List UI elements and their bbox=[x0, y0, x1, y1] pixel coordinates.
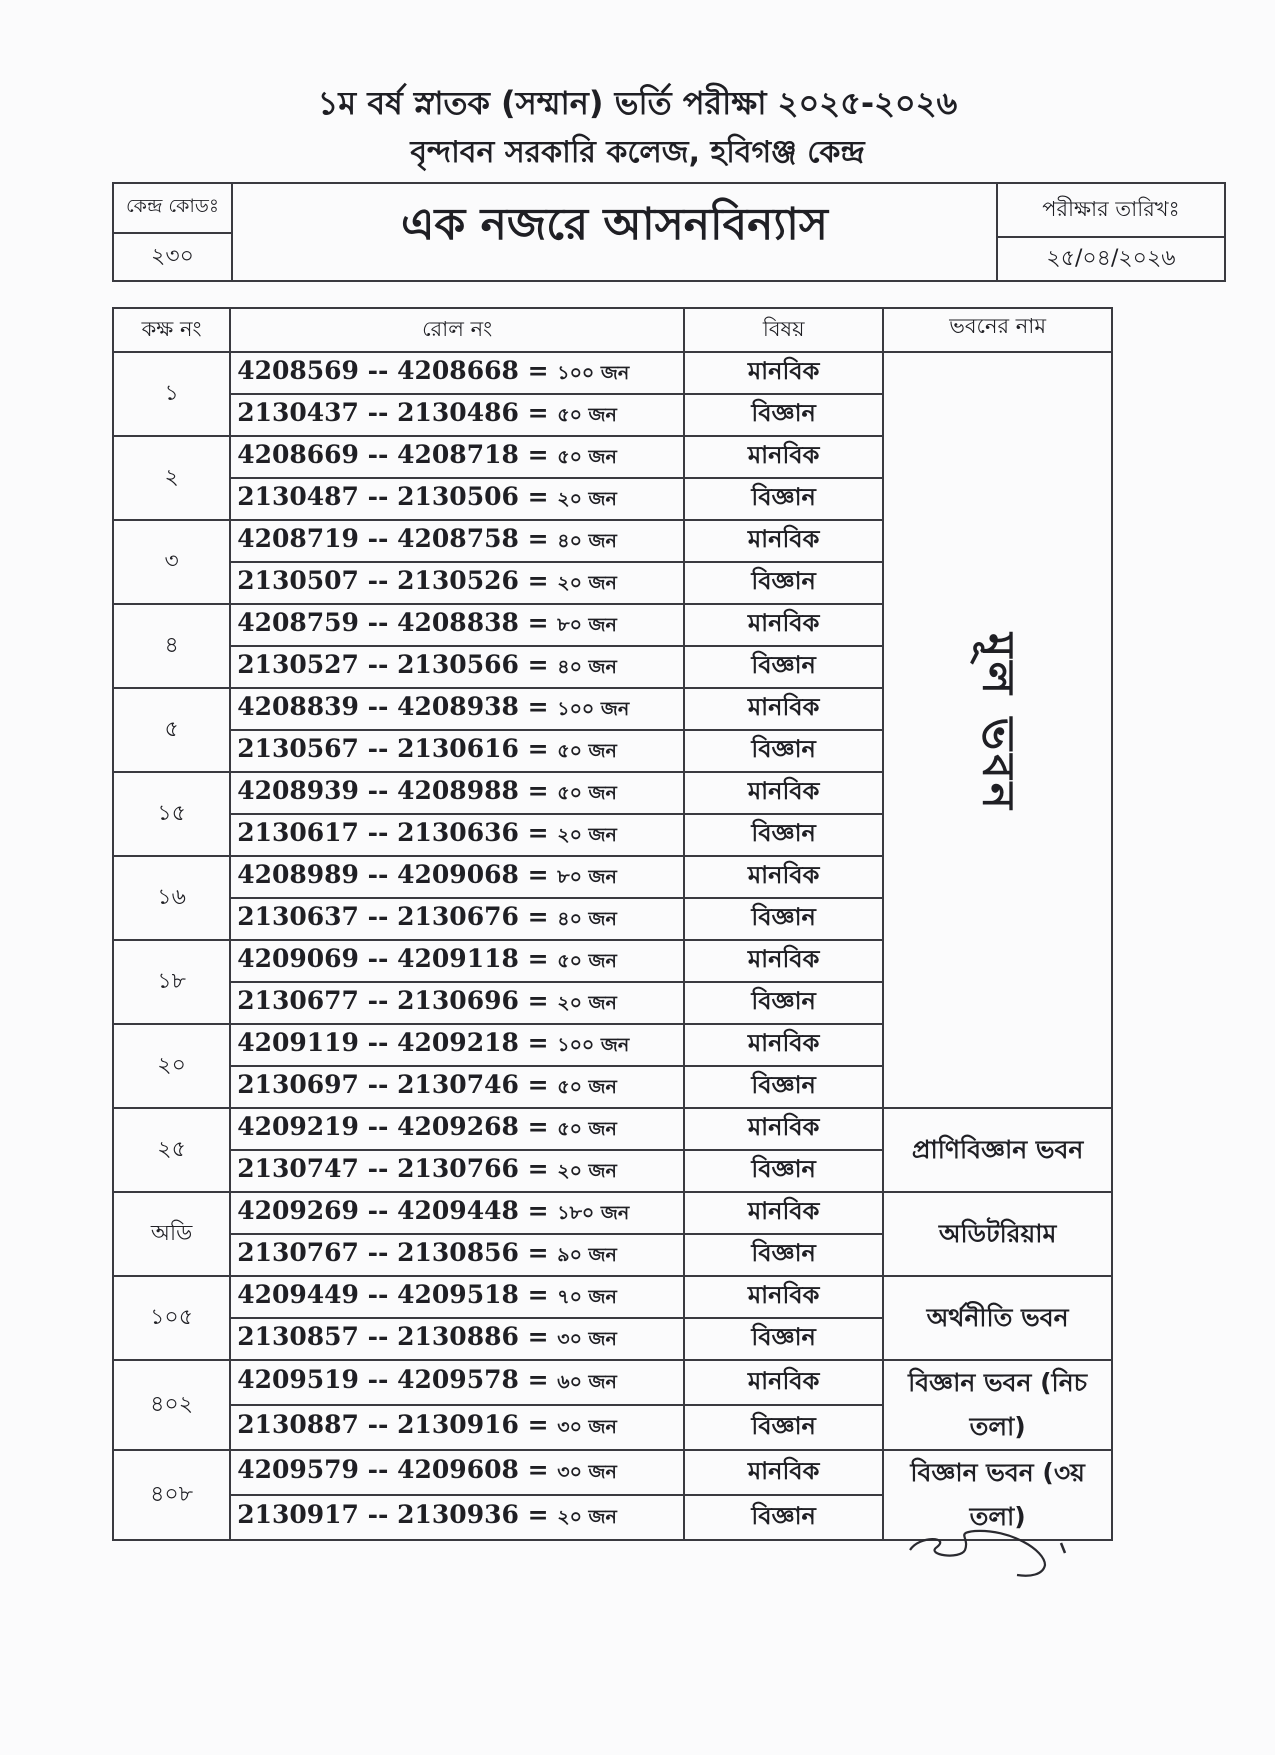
student-count: ৫০ জন bbox=[557, 1076, 617, 1098]
roll-range-text: 2130617 -- 2130636 = bbox=[237, 818, 557, 847]
room-number: ১৮ bbox=[113, 940, 230, 1024]
roll-range: 2130857 -- 2130886 = ৩০ জন bbox=[230, 1318, 684, 1360]
building-name: প্রাণিবিজ্ঞান ভবন bbox=[883, 1108, 1112, 1192]
student-count: ৫০ জন bbox=[557, 404, 617, 426]
subject: বিজ্ঞান bbox=[684, 646, 883, 688]
roll-range: 4209119 -- 4209218 = ১০০ জন bbox=[230, 1024, 684, 1066]
subject: মানবিক bbox=[684, 856, 883, 898]
roll-range: 2130487 -- 2130506 = ২০ জন bbox=[230, 478, 684, 520]
roll-range: 2130747 -- 2130766 = ২০ জন bbox=[230, 1150, 684, 1192]
header-block: কেন্দ্র কোডঃ ২৩০ এক নজরে আসনবিন্যাস পরীক… bbox=[112, 182, 1113, 282]
subject: বিজ্ঞান bbox=[684, 730, 883, 772]
col-header-subject: বিষয় bbox=[684, 308, 883, 352]
roll-range-text: 4208759 -- 4208838 = bbox=[237, 608, 557, 637]
student-count: ৪০ জন bbox=[557, 656, 617, 678]
roll-range-text: 2130767 -- 2130856 = bbox=[237, 1238, 557, 1267]
col-header-room: কক্ষ নং bbox=[113, 308, 230, 352]
subject: বিজ্ঞান bbox=[684, 898, 883, 940]
building-name: বিজ্ঞান ভবন (নিচ তলা) bbox=[883, 1360, 1112, 1450]
roll-range: 2130887 -- 2130916 = ৩০ জন bbox=[230, 1405, 684, 1450]
building-name: অর্থনীতি ভবন bbox=[883, 1276, 1112, 1360]
student-count: ২০ জন bbox=[557, 824, 617, 846]
subject: মানবিক bbox=[684, 1108, 883, 1150]
room-number: ২০ bbox=[113, 1024, 230, 1108]
table-body: ১4208569 -- 4208668 = ১০০ জনমানবিকমূল ভব… bbox=[113, 352, 1112, 1540]
student-count: ৪০ জন bbox=[557, 530, 617, 552]
roll-range: 4208839 -- 4208938 = ১০০ জন bbox=[230, 688, 684, 730]
student-count: ৫০ জন bbox=[557, 446, 617, 468]
table-row: ১০৫4209449 -- 4209518 = ৭০ জনমানবিকঅর্থন… bbox=[113, 1276, 1112, 1318]
student-count: ১০০ জন bbox=[557, 1034, 629, 1056]
table-row: ৪০৮4209579 -- 4209608 = ৩০ জনমানবিকবিজ্ঞ… bbox=[113, 1450, 1112, 1495]
roll-range-text: 2130697 -- 2130746 = bbox=[237, 1070, 557, 1099]
roll-range: 4209579 -- 4209608 = ৩০ জন bbox=[230, 1450, 684, 1495]
roll-range: 2130677 -- 2130696 = ২০ জন bbox=[230, 982, 684, 1024]
student-count: ২০ জন bbox=[557, 488, 617, 510]
subject: মানবিক bbox=[684, 1450, 883, 1495]
roll-range: 2130697 -- 2130746 = ৫০ জন bbox=[230, 1066, 684, 1108]
roll-range: 2130617 -- 2130636 = ২০ জন bbox=[230, 814, 684, 856]
subject: মানবিক bbox=[684, 1276, 883, 1318]
room-number: ৩ bbox=[113, 520, 230, 604]
subject: মানবিক bbox=[684, 688, 883, 730]
student-count: ৫০ জন bbox=[557, 1118, 617, 1140]
roll-range-text: 2130747 -- 2130766 = bbox=[237, 1154, 557, 1183]
center-code-label: কেন্দ্র কোডঃ bbox=[112, 182, 233, 234]
room-number: ৪০২ bbox=[113, 1360, 230, 1450]
roll-range: 4209519 -- 4209578 = ৬০ জন bbox=[230, 1360, 684, 1405]
room-number: ৪ bbox=[113, 604, 230, 688]
student-count: ২০ জন bbox=[557, 1160, 617, 1182]
roll-range: 4208759 -- 4208838 = ৮০ জন bbox=[230, 604, 684, 646]
student-count: ৩০ জন bbox=[557, 1416, 617, 1438]
table-row: ১4208569 -- 4208668 = ১০০ জনমানবিকমূল ভব… bbox=[113, 352, 1112, 394]
roll-range-text: 2130917 -- 2130936 = bbox=[237, 1500, 557, 1529]
subject: মানবিক bbox=[684, 940, 883, 982]
room-number: ২ bbox=[113, 436, 230, 520]
roll-range-text: 2130507 -- 2130526 = bbox=[237, 566, 557, 595]
roll-range-text: 4208939 -- 4208988 = bbox=[237, 776, 557, 805]
room-number: ২৫ bbox=[113, 1108, 230, 1192]
subject: বিজ্ঞান bbox=[684, 1234, 883, 1276]
roll-range-text: 4209449 -- 4209518 = bbox=[237, 1280, 557, 1309]
roll-range-text: 2130857 -- 2130886 = bbox=[237, 1322, 557, 1351]
subject: মানবিক bbox=[684, 604, 883, 646]
roll-range: 2130507 -- 2130526 = ২০ জন bbox=[230, 562, 684, 604]
subject: বিজ্ঞান bbox=[684, 1150, 883, 1192]
roll-range-text: 4209579 -- 4209608 = bbox=[237, 1455, 557, 1484]
student-count: ৩০ জন bbox=[557, 1461, 617, 1483]
document-title: ১ম বর্ষ স্নাতক (সম্মান) ভর্তি পরীক্ষা ২০… bbox=[0, 78, 1275, 132]
document-subtitle: বৃন্দাবন সরকারি কলেজ, হবিগঞ্জ কেন্দ্র bbox=[0, 128, 1275, 179]
student-count: ২০ জন bbox=[557, 572, 617, 594]
roll-range-text: 4208839 -- 4208938 = bbox=[237, 692, 557, 721]
col-header-building: ভবনের নাম bbox=[883, 308, 1112, 352]
roll-range-text: 4209119 -- 4209218 = bbox=[237, 1028, 557, 1057]
roll-range-text: 2130677 -- 2130696 = bbox=[237, 986, 557, 1015]
room-number: অডি bbox=[113, 1192, 230, 1276]
student-count: ৬০ জন bbox=[557, 1371, 617, 1393]
roll-range: 4209449 -- 4209518 = ৭০ জন bbox=[230, 1276, 684, 1318]
subject: বিজ্ঞান bbox=[684, 1318, 883, 1360]
student-count: ৩০ জন bbox=[557, 1328, 617, 1350]
exam-date-value: ২৫/০৪/২০২৬ bbox=[996, 236, 1226, 282]
building-name: অডিটরিয়াম bbox=[883, 1192, 1112, 1276]
roll-range-text: 2130527 -- 2130566 = bbox=[237, 650, 557, 679]
subject: বিজ্ঞান bbox=[684, 814, 883, 856]
page-heading: এক নজরে আসনবিন্যাস bbox=[231, 182, 998, 282]
room-number: ৪০৮ bbox=[113, 1450, 230, 1540]
roll-range-text: 2130887 -- 2130916 = bbox=[237, 1410, 557, 1439]
roll-range: 4209269 -- 4209448 = ১৮০ জন bbox=[230, 1192, 684, 1234]
roll-range-text: 2130637 -- 2130676 = bbox=[237, 902, 557, 931]
subject: মানবিক bbox=[684, 772, 883, 814]
roll-range-text: 4209269 -- 4209448 = bbox=[237, 1196, 557, 1225]
student-count: ১০০ জন bbox=[557, 362, 629, 384]
seat-plan-table: কক্ষ নং রোল নং বিষয় ভবনের নাম ১4208569 … bbox=[112, 307, 1113, 1541]
center-code-value: ২৩০ bbox=[112, 232, 233, 282]
roll-range: 2130527 -- 2130566 = ৪০ জন bbox=[230, 646, 684, 688]
roll-range-text: 4208569 -- 4208668 = bbox=[237, 356, 557, 385]
roll-range-text: 2130567 -- 2130616 = bbox=[237, 734, 557, 763]
student-count: ১৮০ জন bbox=[557, 1202, 629, 1224]
roll-range-text: 4208669 -- 4208718 = bbox=[237, 440, 557, 469]
room-number: ৫ bbox=[113, 688, 230, 772]
room-number: ১০৫ bbox=[113, 1276, 230, 1360]
student-count: ৮০ জন bbox=[557, 866, 617, 888]
student-count: ৫০ জন bbox=[557, 740, 617, 762]
subject: মানবিক bbox=[684, 436, 883, 478]
subject: বিজ্ঞান bbox=[684, 1405, 883, 1450]
subject: মানবিক bbox=[684, 352, 883, 394]
student-count: ৫০ জন bbox=[557, 950, 617, 972]
exam-date-label: পরীক্ষার তারিখঃ bbox=[996, 182, 1226, 238]
roll-range-text: 4209219 -- 4209268 = bbox=[237, 1112, 557, 1141]
subject: মানবিক bbox=[684, 1024, 883, 1066]
table-row: ২৫4209219 -- 4209268 = ৫০ জনমানবিকপ্রাণি… bbox=[113, 1108, 1112, 1150]
student-count: ৪০ জন bbox=[557, 908, 617, 930]
table-row: ৪০২4209519 -- 4209578 = ৬০ জনমানবিকবিজ্ঞ… bbox=[113, 1360, 1112, 1405]
roll-range-text: 4209069 -- 4209118 = bbox=[237, 944, 557, 973]
subject: বিজ্ঞান bbox=[684, 478, 883, 520]
student-count: ৫০ জন bbox=[557, 782, 617, 804]
subject: বিজ্ঞান bbox=[684, 1066, 883, 1108]
signature-icon bbox=[905, 1525, 1095, 1585]
roll-range: 2130567 -- 2130616 = ৫০ জন bbox=[230, 730, 684, 772]
subject: বিজ্ঞান bbox=[684, 562, 883, 604]
subject: মানবিক bbox=[684, 1192, 883, 1234]
roll-range: 4208569 -- 4208668 = ১০০ জন bbox=[230, 352, 684, 394]
building-name-vertical: মূল ভবন bbox=[976, 633, 1020, 813]
roll-range-text: 4208989 -- 4209068 = bbox=[237, 860, 557, 889]
subject: বিজ্ঞান bbox=[684, 394, 883, 436]
roll-range-text: 2130437 -- 2130486 = bbox=[237, 398, 557, 427]
student-count: ৮০ জন bbox=[557, 614, 617, 636]
student-count: ২০ জন bbox=[557, 1506, 617, 1528]
subject: বিজ্ঞান bbox=[684, 1495, 883, 1540]
roll-range: 2130917 -- 2130936 = ২০ জন bbox=[230, 1495, 684, 1540]
table-header-row: কক্ষ নং রোল নং বিষয় ভবনের নাম bbox=[113, 308, 1112, 352]
roll-range: 2130637 -- 2130676 = ৪০ জন bbox=[230, 898, 684, 940]
roll-range: 2130437 -- 2130486 = ৫০ জন bbox=[230, 394, 684, 436]
col-header-roll: রোল নং bbox=[230, 308, 684, 352]
table-row: অডি4209269 -- 4209448 = ১৮০ জনমানবিকঅডিট… bbox=[113, 1192, 1112, 1234]
roll-range: 2130767 -- 2130856 = ৯০ জন bbox=[230, 1234, 684, 1276]
room-number: ১৬ bbox=[113, 856, 230, 940]
student-count: ৭০ জন bbox=[557, 1286, 617, 1308]
student-count: ২০ জন bbox=[557, 992, 617, 1014]
room-number: ১ bbox=[113, 352, 230, 436]
roll-range: 4209069 -- 4209118 = ৫০ জন bbox=[230, 940, 684, 982]
roll-range-text: 4209519 -- 4209578 = bbox=[237, 1365, 557, 1394]
student-count: ৯০ জন bbox=[557, 1244, 617, 1266]
roll-range-text: 2130487 -- 2130506 = bbox=[237, 482, 557, 511]
subject: বিজ্ঞান bbox=[684, 982, 883, 1024]
roll-range: 4209219 -- 4209268 = ৫০ জন bbox=[230, 1108, 684, 1150]
subject: মানবিক bbox=[684, 520, 883, 562]
subject: মানবিক bbox=[684, 1360, 883, 1405]
roll-range: 4208719 -- 4208758 = ৪০ জন bbox=[230, 520, 684, 562]
roll-range: 4208939 -- 4208988 = ৫০ জন bbox=[230, 772, 684, 814]
room-number: ১৫ bbox=[113, 772, 230, 856]
building-name-main: মূল ভবন bbox=[883, 352, 1112, 1108]
roll-range: 4208989 -- 4209068 = ৮০ জন bbox=[230, 856, 684, 898]
roll-range: 4208669 -- 4208718 = ৫০ জন bbox=[230, 436, 684, 478]
roll-range-text: 4208719 -- 4208758 = bbox=[237, 524, 557, 553]
student-count: ১০০ জন bbox=[557, 698, 629, 720]
